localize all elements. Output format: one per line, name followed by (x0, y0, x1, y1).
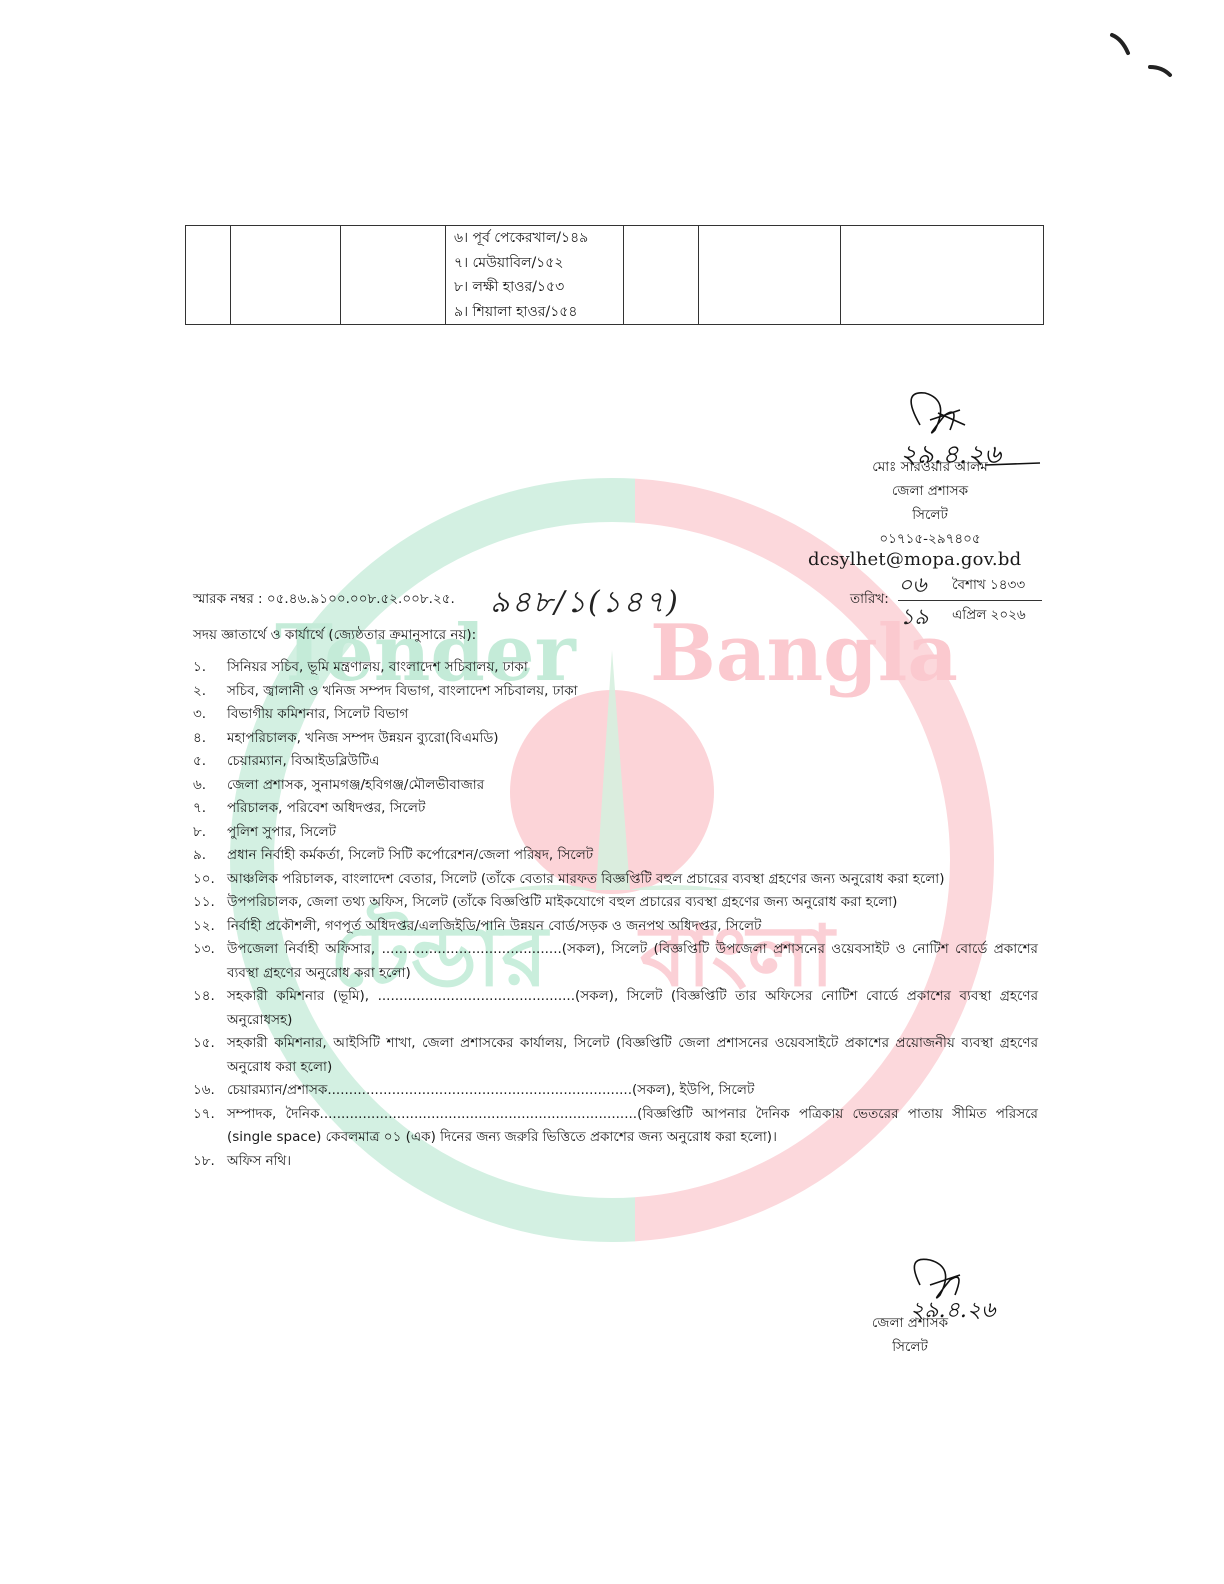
recipient-number: ৫. (193, 750, 227, 774)
list-item: ১৩.উপজেলা নির্বাহী অফিসার, .............… (193, 938, 1038, 985)
memo-number: ০৫.৪৬.৯১০০.০০৮.৫২.০০৮.২৫. (267, 591, 455, 607)
table-cell (186, 226, 231, 325)
table-cell-places: ৬। পূর্ব পেকেরখাল/১৪৯ ৭। মেউয়াবিল/১৫২ ৮… (446, 226, 624, 325)
recipient-text: চেয়ারম্যান/প্রশাসক.....................… (227, 1079, 1038, 1103)
list-item: ৬। পূর্ব পেকেরখাল/১৪৯ (454, 226, 623, 251)
table-cell (841, 226, 1044, 325)
recipient-number: ৬. (193, 774, 227, 798)
recipient-text: চেয়ারম্যান, বিআইডব্লিউটিএ (227, 750, 1038, 774)
list-item: ১৮.অফিস নথি। (193, 1150, 1038, 1174)
scan-marks (1100, 25, 1180, 85)
table-cell (231, 226, 341, 325)
table-cell (341, 226, 446, 325)
recipient-text: পুলিশ সুপার, সিলেট (227, 821, 1038, 845)
signatory-designation: জেলা প্রশাসক (810, 480, 1050, 503)
recipient-number: ৪. (193, 727, 227, 751)
recipient-text: আঞ্চলিক পরিচালক, বাংলাদেশ বেতার, সিলেট (… (227, 868, 1038, 892)
list-item: ১৭.সম্পাদক, দৈনিক.......................… (193, 1103, 1038, 1150)
footer-designation: জেলা প্রশাসক (790, 1312, 1030, 1335)
memo-number-line: স্মারক নম্বর : ০৫.৪৬.৯১০০.০০৮.৫২.০০৮.২৫. (193, 588, 455, 611)
list-item: ৬.জেলা প্রশাসক, সুনামগঞ্জ/হবিগঞ্জ/মৌলভীব… (193, 774, 1038, 798)
recipient-number: ১৪. (193, 985, 227, 1032)
footer-district: সিলেট (790, 1336, 1030, 1359)
recipient-number: ১৭. (193, 1103, 227, 1150)
recipient-number: ১. (193, 656, 227, 680)
recipient-text: নির্বাহী প্রকৌশলী, গণপূর্ত অধিদপ্তর/এলজি… (227, 915, 1038, 939)
date-bangla-month-year: বৈশাখ ১৪৩৩ (952, 574, 1025, 597)
recipient-number: ১৩. (193, 938, 227, 985)
recipient-text: প্রধান নির্বাহী কর্মকর্তা, সিলেট সিটি কর… (227, 844, 1038, 868)
signatory-email[interactable]: dcsylhet@mopa.gov.bd (808, 549, 1021, 570)
recipient-text: উপজেলা নির্বাহী অফিসার, ................… (227, 938, 1038, 985)
list-item: ৮.পুলিশ সুপার, সিলেট (193, 821, 1038, 845)
list-item: ১৫.সহকারী কমিশনার, আইসিটি শাখা, জেলা প্র… (193, 1032, 1038, 1079)
list-item: ১৬.চেয়ারম্যান/প্রশাসক..................… (193, 1079, 1038, 1103)
recipient-text: সিনিয়র সচিব, ভূমি মন্ত্রণালয়, বাংলাদেশ… (227, 656, 1038, 680)
date-english-month-year: এপ্রিল ২০২৬ (952, 604, 1026, 627)
recipient-text: সহকারী কমিশনার (ভূমি), .................… (227, 985, 1038, 1032)
table-row: ৬। পূর্ব পেকেরখাল/১৪৯ ৭। মেউয়াবিল/১৫২ ৮… (186, 226, 1044, 325)
recipient-list: ১.সিনিয়র সচিব, ভূমি মন্ত্রণালয়, বাংলাদ… (193, 656, 1038, 1173)
recipient-number: ১১. (193, 891, 227, 915)
list-item: ১০.আঞ্চলিক পরিচালক, বাংলাদেশ বেতার, সিলে… (193, 868, 1038, 892)
list-item: ৮। লক্ষী হাওর/১৫৩ (454, 275, 623, 300)
date-label: তারিখ: (850, 588, 889, 611)
list-item: ১১.উপপরিচালক, জেলা তথ্য অফিস, সিলেট (তাঁ… (193, 891, 1038, 915)
recipient-number: ১৮. (193, 1150, 227, 1174)
signatory-phone: ০১৭১৫-২৯৭৪০৫ (810, 528, 1050, 551)
continuation-table: ৬। পূর্ব পেকেরখাল/১৪৯ ৭। মেউয়াবিল/১৫২ ৮… (185, 225, 1044, 325)
list-item: ৯। শিয়ালা হাওর/১৫৪ (454, 300, 623, 325)
recipient-text: উপপরিচালক, জেলা তথ্য অফিস, সিলেট (তাঁকে … (227, 891, 1038, 915)
distribution-intro: সদয় জ্ঞাতার্থে ও কার্যার্থে (জ্যেষ্ঠতার… (193, 624, 476, 647)
list-item: ১৪.সহকারী কমিশনার (ভূমি), ..............… (193, 985, 1038, 1032)
recipient-text: সম্পাদক, দৈনিক..........................… (227, 1103, 1038, 1150)
list-item: ১২.নির্বাহী প্রকৌশলী, গণপূর্ত অধিদপ্তর/এ… (193, 915, 1038, 939)
table-cell (699, 226, 841, 325)
list-item: ৪.মহাপরিচালক, খনিজ সম্পদ উন্নয়ন ব্যুরো(… (193, 727, 1038, 751)
recipient-text: সচিব, জ্বালানী ও খনিজ সম্পদ বিভাগ, বাংলা… (227, 680, 1038, 704)
recipient-text: মহাপরিচালক, খনিজ সম্পদ উন্নয়ন ব্যুরো(বি… (227, 727, 1038, 751)
recipient-text: সহকারী কমিশনার, আইসিটি শাখা, জেলা প্রশাস… (227, 1032, 1038, 1079)
recipient-number: ১৫. (193, 1032, 227, 1079)
recipient-number: ১২. (193, 915, 227, 939)
list-item: ২.সচিব, জ্বালানী ও খনিজ সম্পদ বিভাগ, বাং… (193, 680, 1038, 704)
recipient-number: ১৬. (193, 1079, 227, 1103)
list-item: ৫.চেয়ারম্যান, বিআইডব্লিউটিএ (193, 750, 1038, 774)
recipient-text: জেলা প্রশাসক, সুনামগঞ্জ/হবিগঞ্জ/মৌলভীবাজ… (227, 774, 1038, 798)
date-english-day: ১৯ (900, 600, 929, 637)
list-item: ৭। মেউয়াবিল/১৫২ (454, 251, 623, 276)
recipient-number: ২. (193, 680, 227, 704)
list-item: ১.সিনিয়র সচিব, ভূমি মন্ত্রণালয়, বাংলাদ… (193, 656, 1038, 680)
list-item: ৯.প্রধান নির্বাহী কর্মকর্তা, সিলেট সিটি … (193, 844, 1038, 868)
recipient-number: ১০. (193, 868, 227, 892)
recipient-number: ৩. (193, 703, 227, 727)
memo-label: স্মারক নম্বর : (193, 591, 263, 607)
recipient-number: ৯. (193, 844, 227, 868)
signatory-name: মোঃ সারওয়ার আলম (810, 456, 1050, 479)
list-item: ৭.পরিচালক, পরিবেশ অধিদপ্তর, সিলেট (193, 797, 1038, 821)
recipient-number: ৮. (193, 821, 227, 845)
recipient-text: পরিচালক, পরিবেশ অধিদপ্তর, সিলেট (227, 797, 1038, 821)
list-item: ৩.বিভাগীয় কমিশনার, সিলেট বিভাগ (193, 703, 1038, 727)
memo-handwritten-suffix: ৯৪৮/১(১৪৭) (490, 578, 680, 629)
recipient-text: অফিস নথি। (227, 1150, 1038, 1174)
recipient-number: ৭. (193, 797, 227, 821)
signatory-district: সিলেট (810, 504, 1050, 527)
table-cell (624, 226, 699, 325)
recipient-text: বিভাগীয় কমিশনার, সিলেট বিভাগ (227, 703, 1038, 727)
